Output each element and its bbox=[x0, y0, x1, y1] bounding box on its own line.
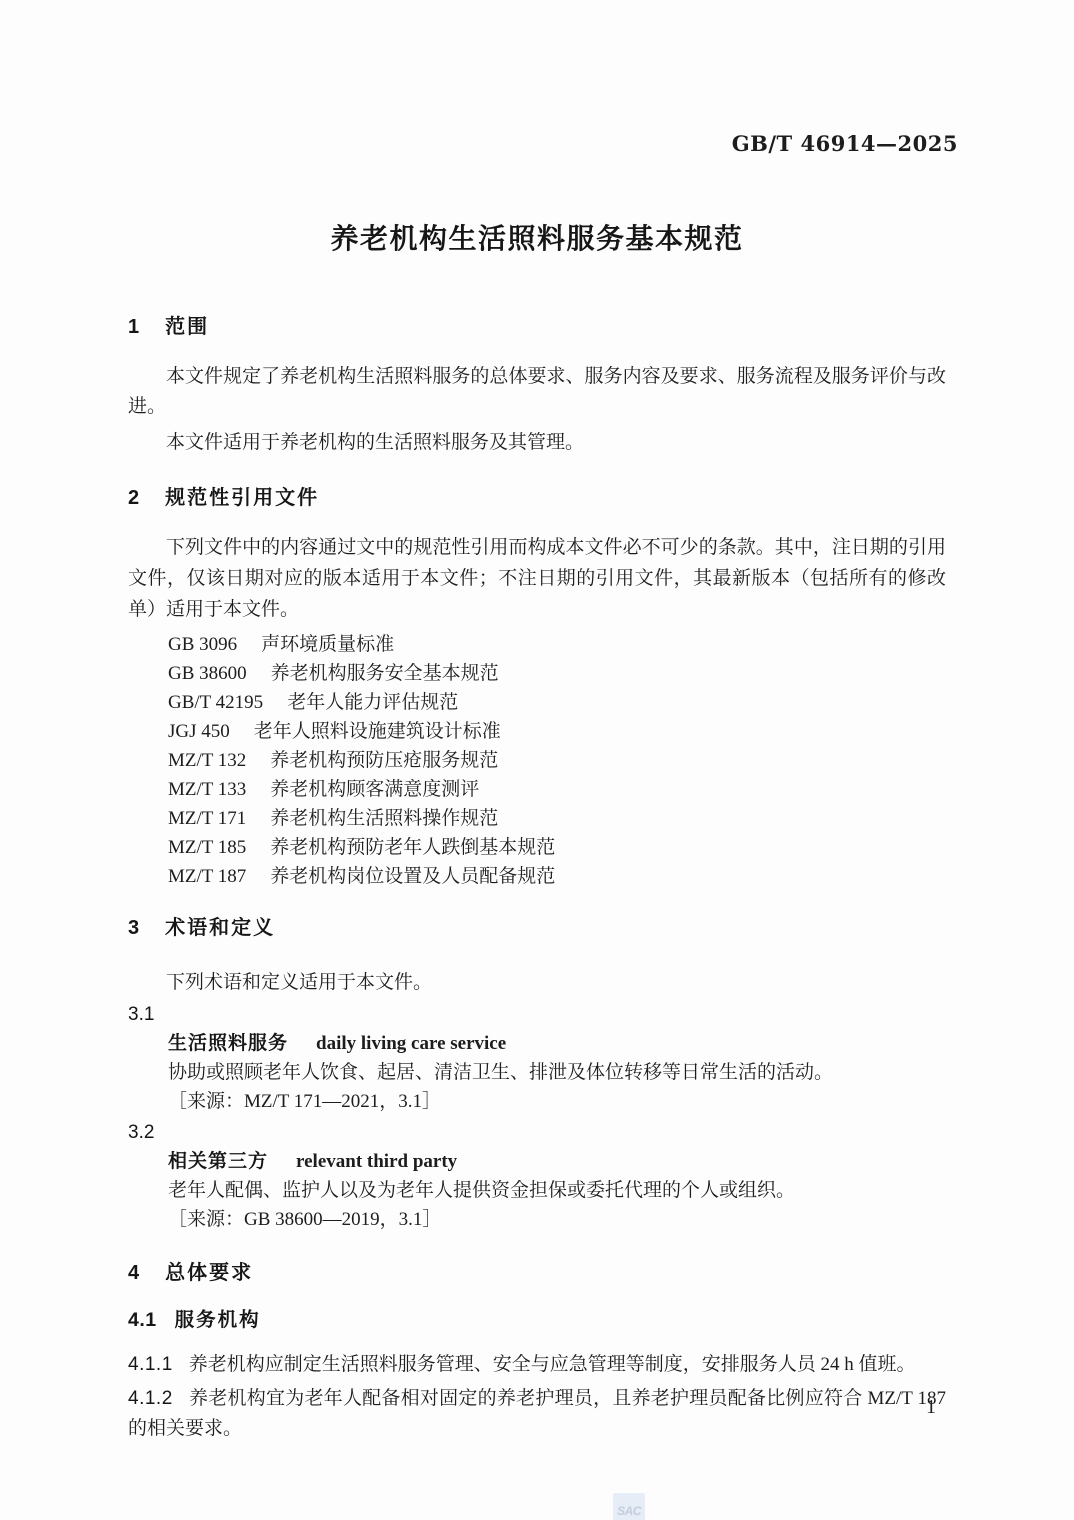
term-name-en: daily living care service bbox=[316, 1033, 506, 1054]
reference-code: JGJ 450 bbox=[168, 717, 230, 746]
term-name-line: 生活照料服务daily living care service bbox=[168, 1029, 946, 1058]
reference-code: GB 38600 bbox=[168, 659, 247, 688]
scope-paragraph-1: 本文件规定了养老机构生活照料服务的总体要求、服务内容及要求、服务流程及服务评价与… bbox=[128, 362, 946, 422]
reference-item: JGJ 450老年人照料设施建筑设计标准 bbox=[168, 717, 946, 746]
term-entry: 3.1 生活照料服务daily living care service 协助或照… bbox=[128, 1000, 946, 1116]
reference-title: 养老机构预防老年人跌倒基本规范 bbox=[270, 833, 555, 862]
reference-code: MZ/T 185 bbox=[168, 833, 246, 862]
section-2-title: 规范性引用文件 bbox=[165, 487, 319, 509]
reference-code: MZ/T 171 bbox=[168, 804, 246, 833]
reference-code: MZ/T 133 bbox=[168, 775, 246, 804]
term-body: 相关第三方relevant third party 老年人配偶、监护人以及为老年… bbox=[168, 1147, 946, 1234]
subsection-4-1-title: 服务机构 bbox=[175, 1309, 261, 1331]
clause-number: 4.1.2 bbox=[128, 1388, 173, 1409]
document-body: 1范围 本文件规定了养老机构生活照料服务的总体要求、服务内容及要求、服务流程及服… bbox=[128, 296, 946, 1444]
clause-number: 4.1.1 bbox=[128, 1354, 173, 1375]
reference-title: 老年人照料设施建筑设计标准 bbox=[254, 717, 501, 746]
term-name-en: relevant third party bbox=[296, 1151, 457, 1172]
reference-item: MZ/T 171养老机构生活照料操作规范 bbox=[168, 804, 946, 833]
reference-item: MZ/T 187养老机构岗位设置及人员配备规范 bbox=[168, 862, 946, 891]
subsection-4-1-heading: 4.1服务机构 bbox=[128, 1308, 946, 1332]
normative-refs-intro: 下列文件中的内容通过文中的规范性引用而构成本文件必不可少的条款。其中，注日期的引… bbox=[128, 532, 946, 625]
section-3-heading: 3术语和定义 bbox=[128, 915, 946, 941]
section-4-heading: 4总体要求 bbox=[128, 1260, 946, 1286]
term-name-line: 相关第三方relevant third party bbox=[168, 1147, 946, 1176]
section-1-heading: 1范围 bbox=[128, 314, 946, 340]
term-source: ［来源：GB 38600—2019，3.1］ bbox=[168, 1205, 946, 1234]
sac-logo-text: SAC bbox=[617, 1504, 641, 1518]
page-title: 养老机构生活照料服务基本规范 bbox=[0, 217, 1074, 257]
section-3-number: 3 bbox=[128, 915, 139, 941]
reference-item: MZ/T 185养老机构预防老年人跌倒基本规范 bbox=[168, 833, 946, 862]
section-2-heading: 2规范性引用文件 bbox=[128, 485, 946, 511]
clause-4-1-1: 4.1.1养老机构应制定生活照料服务管理、安全与应急管理等制度，安排服务人员 2… bbox=[128, 1350, 946, 1380]
reference-code: MZ/T 132 bbox=[168, 746, 246, 775]
section-4-number: 4 bbox=[128, 1260, 139, 1286]
term-definition: 老年人配偶、监护人以及为老年人提供资金担保或委托代理的个人或组织。 bbox=[168, 1176, 946, 1205]
reference-code: GB 3096 bbox=[168, 630, 237, 659]
reference-item: GB 3096声环境质量标准 bbox=[168, 630, 946, 659]
section-3-title: 术语和定义 bbox=[165, 917, 275, 939]
reference-title: 养老机构岗位设置及人员配备规范 bbox=[270, 862, 555, 891]
reference-code: GB/T 42195 bbox=[168, 688, 263, 717]
reference-title: 老年人能力评估规范 bbox=[287, 688, 458, 717]
reference-code: MZ/T 187 bbox=[168, 862, 246, 891]
clause-text: 养老机构宜为老年人配备相对固定的养老护理员，且养老护理员配备比例应符合 MZ/T… bbox=[128, 1388, 946, 1439]
page-number: 1 bbox=[926, 1396, 936, 1419]
reference-title: 养老机构生活照料操作规范 bbox=[270, 804, 498, 833]
term-entry: 3.2 相关第三方relevant third party 老年人配偶、监护人以… bbox=[128, 1118, 946, 1234]
term-number: 3.2 bbox=[128, 1118, 946, 1147]
term-name-zh: 生活照料服务 bbox=[168, 1033, 288, 1054]
reference-title: 养老机构预防压疮服务规范 bbox=[270, 746, 498, 775]
term-name-zh: 相关第三方 bbox=[168, 1151, 268, 1172]
reference-item: GB 38600养老机构服务安全基本规范 bbox=[168, 659, 946, 688]
clause-text: 养老机构应制定生活照料服务管理、安全与应急管理等制度，安排服务人员 24 h 值… bbox=[189, 1354, 916, 1375]
doc-number: GB/T 46914—2025 bbox=[732, 131, 958, 156]
standard-document-page: GB/T 46914—2025 养老机构生活照料服务基本规范 1范围 本文件规定… bbox=[0, 0, 1074, 1520]
reference-item: GB/T 42195老年人能力评估规范 bbox=[168, 688, 946, 717]
term-definition: 协助或照顾老年人饮食、起居、清洁卫生、排泄及体位转移等日常生活的活动。 bbox=[168, 1058, 946, 1087]
reference-list: GB 3096声环境质量标准 GB 38600养老机构服务安全基本规范 GB/T… bbox=[168, 630, 946, 891]
term-number: 3.1 bbox=[128, 1000, 946, 1029]
section-1-title: 范围 bbox=[165, 316, 209, 338]
term-body: 生活照料服务daily living care service 协助或照顾老年人… bbox=[168, 1029, 946, 1116]
section-2-number: 2 bbox=[128, 485, 139, 511]
reference-title: 声环境质量标准 bbox=[261, 630, 394, 659]
scope-paragraph-2: 本文件适用于养老机构的生活照料服务及其管理。 bbox=[128, 428, 946, 458]
section-1-number: 1 bbox=[128, 314, 139, 340]
sac-logo: SAC bbox=[613, 1493, 645, 1520]
terms-intro: 下列术语和定义适用于本文件。 bbox=[128, 968, 946, 998]
reference-item: MZ/T 133养老机构顾客满意度测评 bbox=[168, 775, 946, 804]
term-source: ［来源：MZ/T 171—2021，3.1］ bbox=[168, 1087, 946, 1116]
section-4-title: 总体要求 bbox=[165, 1262, 253, 1284]
reference-title: 养老机构服务安全基本规范 bbox=[271, 659, 499, 688]
reference-item: MZ/T 132养老机构预防压疮服务规范 bbox=[168, 746, 946, 775]
clause-4-1-2: 4.1.2养老机构宜为老年人配备相对固定的养老护理员，且养老护理员配备比例应符合… bbox=[128, 1384, 946, 1444]
subsection-4-1-number: 4.1 bbox=[128, 1308, 157, 1332]
reference-title: 养老机构顾客满意度测评 bbox=[270, 775, 479, 804]
